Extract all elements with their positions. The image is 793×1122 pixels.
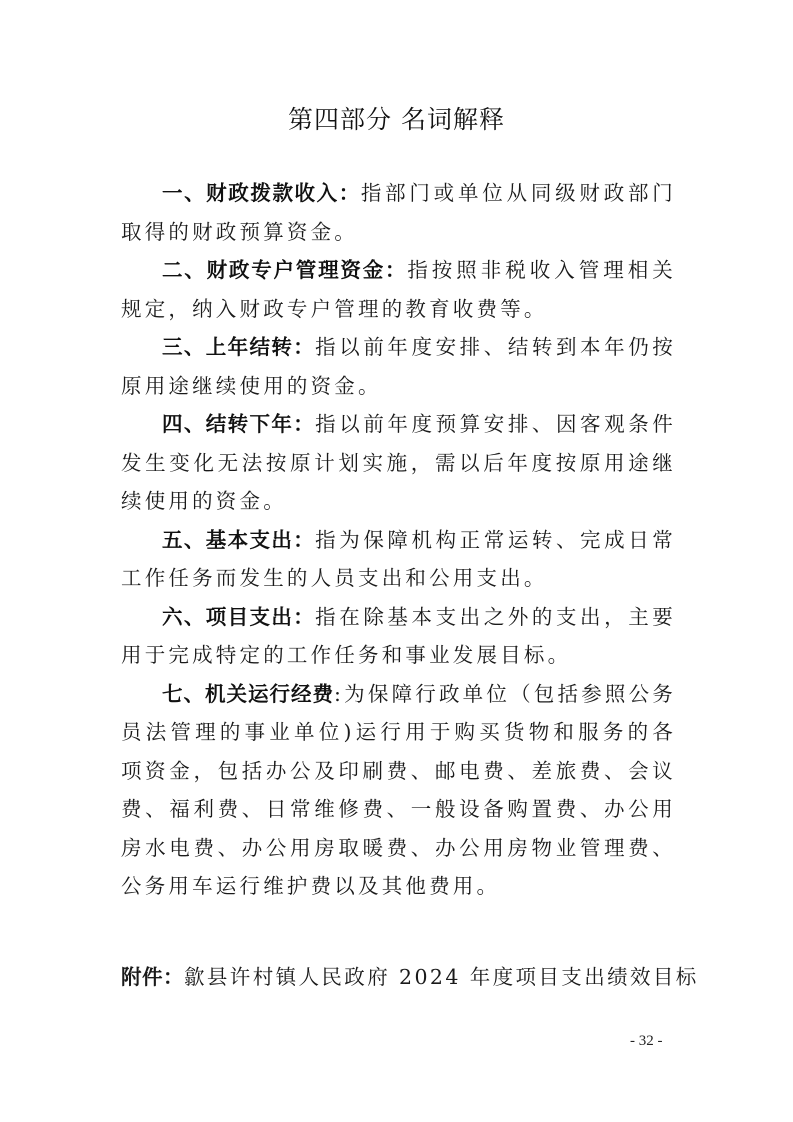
definition-term: 六、项目支出：	[162, 605, 315, 629]
section-title: 第四部分 名词解释	[0, 100, 793, 136]
definition-term: 七、机关运行经费	[162, 682, 334, 706]
definitions-list: 一、财政拨款收入：指部门或单位从同级财政部门取得的财政预算资金。 二、财政专户管…	[121, 174, 676, 906]
definition-item: 二、财政专户管理资金：指按照非税收入管理相关规定，纳入财政专户管理的教育收费等。	[121, 251, 676, 328]
definition-term: 三、上年结转：	[162, 335, 315, 359]
definition-term: 一、财政拨款收入：	[162, 181, 361, 205]
attachment-label: 附件：	[121, 965, 184, 989]
attachment-line: 附件：歙县许村镇人民政府 2024 年度项目支出绩效目标	[121, 960, 681, 990]
definition-item: 六、项目支出：指在除基本支出之外的支出，主要用于完成特定的工作任务和事业发展目标…	[121, 598, 676, 675]
document-page: 第四部分 名词解释 一、财政拨款收入：指部门或单位从同级财政部门取得的财政预算资…	[0, 0, 793, 1122]
definition-item: 三、上年结转：指以前年度安排、结转到本年仍按原用途继续使用的资金。	[121, 328, 676, 405]
definition-item: 七、机关运行经费:为保障行政单位（包括参照公务员法管理的事业单位)运行用于购买货…	[121, 675, 676, 906]
attachment-text: 歙县许村镇人民政府 2024 年度项目支出绩效目标	[184, 965, 699, 989]
definition-term: 四、结转下年：	[162, 412, 315, 436]
definition-term: 二、财政专户管理资金：	[162, 258, 407, 282]
definition-text: :为保障行政单位（包括参照公务员法管理的事业单位)运行用于购买货物和服务的各项资…	[121, 682, 676, 899]
definition-term: 五、基本支出：	[162, 528, 315, 552]
page-number: - 32 -	[630, 1033, 663, 1050]
definition-item: 五、基本支出：指为保障机构正常运转、完成日常工作任务而发生的人员支出和公用支出。	[121, 521, 676, 598]
definition-item: 一、财政拨款收入：指部门或单位从同级财政部门取得的财政预算资金。	[121, 174, 676, 251]
definition-item: 四、结转下年：指以前年度预算安排、因客观条件发生变化无法按原计划实施，需以后年度…	[121, 405, 676, 521]
